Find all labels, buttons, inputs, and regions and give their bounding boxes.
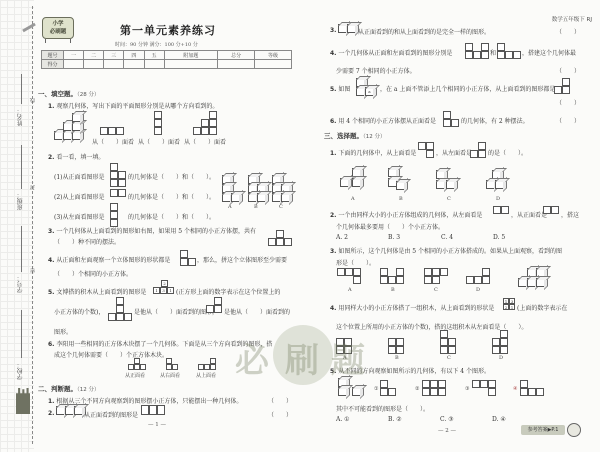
question-text: 从正面和左面观察一个立体图形的形状都是: [56, 257, 170, 264]
class-line: [21, 145, 22, 189]
figure-label: ②: [415, 386, 419, 392]
name-line: [21, 74, 22, 104]
judgement-5: 5. 如图: [330, 84, 350, 93]
choice-4: 4. 用同样大小的小正方体搭了一组积木，从上面看到的形状是: [330, 303, 494, 312]
question-1-5: 5. 文博搭的积木从上面看到的图形是: [48, 287, 146, 296]
question-text: 一个由同样大小的小正方体组成的几何体，从左面看是: [338, 212, 482, 219]
logo-stand: [45, 39, 71, 43]
judgement-4: 4. 一个几何体从正面和左面看到的图形分别是: [330, 48, 452, 57]
question-text-cont: 小正方体的个数)，: [54, 307, 104, 316]
score-cell[interactable]: [104, 60, 124, 69]
score-cell[interactable]: [84, 60, 104, 69]
item-text: (2)从上面看图形是: [54, 194, 105, 201]
question-text-cont: 这个位置上所用的小正方体的个数)，搭的这组积木从左面看是（ ）。: [336, 322, 527, 331]
question-1-6: 6. 李阳用一些相同的正方体木块摆了一个几何体。下面是从三个方向看到的图形，搭: [48, 339, 272, 348]
logo: 小学 必刷题: [42, 17, 74, 39]
question-number: 3.: [48, 228, 54, 235]
answer-paren[interactable]: （ ）: [268, 410, 292, 419]
option-label: D: [476, 287, 480, 293]
answer-reference-badge: 参考答案▶P.1: [521, 425, 565, 435]
school-label: 学校：: [16, 362, 25, 380]
question-text: 如图所示，这个几何体是由 5 个相同的小正方体搭成的。如果从上面观察，看到的图: [338, 248, 562, 255]
question-text: 如图: [338, 86, 350, 93]
question-text: 和: [490, 48, 496, 57]
choice-option-d[interactable]: D. ④: [492, 416, 506, 423]
answer-paren[interactable]: （ ）: [556, 98, 580, 107]
option-label: D: [496, 196, 500, 202]
cut-mark: 线: [29, 98, 36, 103]
option-label: C: [434, 287, 438, 293]
question-1-1: 1. 观察几何体，写出下面的平面图形分别是从哪个方向看到的。: [48, 101, 218, 110]
subject-label: 数学五年级下 RJ: [552, 15, 592, 23]
grid-cell: 3: [160, 287, 167, 294]
score-cell[interactable]: [218, 60, 255, 69]
item-text: (1)从正面看图形是: [54, 174, 105, 181]
grid-cell: 2: [161, 280, 168, 287]
section-title: 一、填空题。: [38, 90, 77, 98]
page-title: 第一单元素养练习: [120, 22, 216, 38]
option-label: B: [254, 204, 258, 210]
score-table-score-row: 得分: [42, 60, 292, 69]
question-text-cont: 的是（ ）。: [488, 148, 527, 157]
figure-label: ④: [513, 386, 517, 392]
c1-option-b-figure: [388, 168, 418, 194]
question-text-cont: ，在 a 上面不管添上几个相同的小正方体，从上面看到的图形都是: [380, 84, 555, 93]
question-text-cont: 的几何体，有 2 种摆法。: [461, 116, 529, 125]
option-label: C: [447, 196, 451, 202]
logo-text-bottom: 必刷题: [43, 28, 73, 36]
cut-line: [32, 6, 33, 444]
question-text: 下面的几何体中，从上面看是: [338, 150, 416, 157]
choice-option-b[interactable]: B. ②: [388, 416, 402, 423]
table-cell: 附加题: [164, 51, 218, 60]
right-page: 数学五年级下 RJ 3. 从正面看到的和从上面看到的是完全一样的图形。 （ ） …: [300, 0, 600, 452]
score-cell[interactable]: [164, 60, 218, 69]
grid-cell: 1: [509, 304, 515, 310]
question-number: 3.: [330, 27, 336, 34]
choice-3: 3. 如图所示，这个几何体是由 5 个相同的小正方体搭成的。如果从上面观察，看到…: [330, 246, 562, 255]
table-cell: 五: [144, 51, 164, 60]
q2-blank-3[interactable]: 的几何体是（ ）和（ ）。: [128, 212, 215, 221]
answer-paren[interactable]: （ ）: [556, 116, 580, 125]
question-number: 4.: [330, 305, 336, 312]
castle-decoration-icon: [16, 388, 30, 414]
question-text: 从不同的方向观察如图所示的几何体，有以下 4 个图形。: [338, 368, 490, 375]
view-label: 从正面看: [125, 372, 145, 379]
question-number: 1.: [48, 103, 54, 110]
question-1-2: 2. 看一看，填一填。: [48, 152, 104, 161]
q2-item-2: (2)从上面看图形是: [54, 192, 105, 201]
question-number: 4.: [330, 50, 336, 57]
score-cell[interactable]: [144, 60, 164, 69]
q6-blank[interactable]: 成这个几何体需要（ ）个正方体木块。: [54, 350, 168, 359]
choice-option-c[interactable]: C. ③: [440, 416, 454, 423]
table-cell: 得分: [42, 60, 64, 69]
choice-option-d[interactable]: D. 5: [493, 234, 505, 241]
grid-cell: 1: [167, 287, 174, 294]
option-c-figure: [272, 175, 296, 203]
score-table-header-row: 题号 一 二 三 四 五 附加题 总分 等级: [42, 51, 292, 60]
question-text: 一个几何体从上面看到的图形如右图，如果用 5 个相同的小正方体摆，共有: [56, 228, 256, 235]
table-cell: 四: [124, 51, 144, 60]
q3-blank[interactable]: （ ）种不同的摆法。: [54, 237, 120, 246]
page-number: — 1 —: [148, 422, 166, 428]
table-cell: 三: [104, 51, 124, 60]
question-number: 5.: [48, 289, 54, 296]
option-label: B: [391, 287, 395, 293]
question-text-cont: 形是（ ）。: [336, 258, 375, 267]
item-text: (3)从左面看图形是: [54, 214, 105, 221]
mascot-icon: [567, 423, 581, 437]
c5-solid-figure: [338, 378, 368, 400]
q4-blank[interactable]: （ ）个相同的小正方体。: [54, 269, 132, 278]
view-label: 从上面看: [196, 372, 216, 379]
judgement-3: 3.: [330, 27, 336, 34]
q2-item-1: (1)从正面看图形是: [54, 172, 105, 181]
question-text-cont: 个几何体最多要用（ ）个小正方体。: [336, 222, 444, 231]
table-cell: 一: [64, 51, 84, 60]
question-text-cont: 少需要 7 个相同的小正方体。: [336, 66, 416, 75]
section-points: （28 分）: [77, 92, 100, 98]
question-text: 从正面看到的和从上面看到的是完全一样的图形。: [358, 27, 490, 36]
choice-2: 2. 一个由同样大小的小正方体组成的几何体，从左面看是: [330, 210, 482, 219]
number-line: [21, 226, 22, 272]
table-cell: 题号: [42, 51, 64, 60]
question-number: 3.: [330, 248, 336, 255]
question-text-cont: 其中不可能看到的图形是（ ）。: [336, 404, 429, 413]
section-3-heading: 三、选择题。（12 分）: [324, 131, 386, 140]
question-text: 李阳用一些相同的正方体木块摆了一个几何体。下面是从三个方向看到的图形，搭: [56, 341, 272, 348]
worksheet-spread: 姓名： 班级： 学号： 学校： 线 封 密 小学 必刷题 第一单元素养练习 时间…: [0, 0, 600, 452]
question-text: 从正面看到的图形是: [84, 410, 138, 419]
stair-cubes-figure: [54, 112, 84, 142]
question-number: 6.: [330, 118, 336, 125]
table-cell: 总分: [218, 51, 255, 60]
question-number: 2.: [48, 410, 54, 417]
question-text-cont: 图形。: [54, 327, 72, 336]
section-points: （12 分）: [77, 387, 100, 393]
question-text: 文博搭的积木从上面看到的图形是: [56, 289, 146, 296]
q1-blank-1[interactable]: 从（ ）面看: [92, 137, 134, 146]
score-table: 题号 一 二 三 四 五 附加题 总分 等级 得分: [41, 50, 292, 69]
question-text-cont: (上面的数字表示在: [517, 303, 567, 312]
question-text: 一个几何体从正面和左面看到的图形分别是: [338, 50, 452, 57]
option-label: B: [395, 355, 399, 361]
number-label: 学号：: [16, 275, 25, 293]
judgement-2: 2.: [48, 410, 54, 417]
name-label: 姓名：: [16, 108, 25, 126]
question-number: 4.: [48, 257, 54, 264]
question-text: 用 4 个相同的小正方体摆从正面看是: [338, 118, 436, 125]
choice-5: 5. 从不同的方向观察如图所示的几何体，有以下 4 个图形。: [330, 366, 490, 375]
section-2-heading: 二、判断题。（12 分）: [38, 384, 100, 393]
question-text-cont: ，那么，拼这个立体图形至少需要: [197, 255, 287, 264]
judgement-6: 6. 用 4 个相同的小正方体摆从正面看是: [330, 116, 436, 125]
choice-option-b[interactable]: B. 3: [388, 234, 400, 241]
figure-label: ①: [374, 386, 378, 392]
answer-paren[interactable]: （ ）: [556, 27, 580, 36]
table-cell: 二: [84, 51, 104, 60]
question-number: 5.: [330, 368, 336, 375]
c1-option-a-figure: [338, 168, 368, 194]
question-number: 6.: [48, 341, 54, 348]
question-number: 5.: [330, 86, 336, 93]
left-page: 姓名： 班级： 学号： 学校： 线 封 密 小学 必刷题 第一单元素养练习 时间…: [0, 0, 300, 452]
grid-cell: 1: [153, 287, 160, 294]
question-number: 1.: [330, 150, 336, 157]
choice-option-a[interactable]: A. 2: [336, 234, 348, 241]
q1-blank-2[interactable]: 从（ ）面看: [138, 137, 180, 146]
choice-1: 1. 下面的几何体中，从上面看是: [330, 148, 416, 157]
c1-option-d-figure: [486, 168, 516, 194]
question-number: 1.: [48, 398, 54, 405]
option-label: A: [348, 287, 352, 293]
page-number: — 2 —: [438, 428, 456, 434]
question-number: 2.: [48, 154, 54, 161]
option-label: C: [279, 204, 283, 210]
section-points: （12 分）: [363, 134, 386, 140]
option-label: C: [447, 355, 451, 361]
question-1-4: 4. 从正面和左面观察一个立体图形的形状都是: [48, 255, 170, 264]
cut-mark: 封: [29, 185, 36, 190]
section-title: 三、选择题。: [324, 132, 363, 140]
view-label: 从右面看: [160, 372, 180, 379]
c1-option-c-figure: [436, 168, 466, 194]
option-label: B: [399, 196, 403, 202]
question-text-cont: ，从正面看是: [511, 210, 547, 219]
q2-blank-2[interactable]: 的几何体是（ ）和（ ）。: [128, 192, 215, 201]
score-cell[interactable]: [124, 60, 144, 69]
q2-blank-1[interactable]: 的几何体是（ ）和（ ）。: [128, 172, 215, 181]
option-label: A: [228, 204, 232, 210]
figure-label: ③: [465, 386, 469, 392]
question-text-cont: ，搭建这个几何体最: [522, 48, 576, 57]
question-text-cont: (正方形上面的数字表示在这个位置上的: [176, 287, 280, 296]
cut-mark: 密: [29, 268, 36, 273]
section-title: 二、判断题。: [38, 385, 77, 393]
logo-text-top: 小学: [43, 20, 73, 28]
question-number: 2.: [330, 212, 336, 219]
question-text: 用同样大小的小正方体搭了一组积木，从上面看到的形状是: [338, 305, 494, 312]
option-label: A: [351, 196, 355, 202]
question-text-cont: ，从左面看是: [436, 148, 472, 157]
choice-option-a[interactable]: A. ①: [336, 416, 350, 423]
class-label: 班级：: [16, 192, 25, 210]
question-1-3: 3. 一个几何体从上面看到的图形如右图，如果用 5 个相同的小正方体摆，共有: [48, 226, 256, 235]
option-label: D: [499, 355, 503, 361]
option-a-figure: [222, 175, 244, 203]
section-1-heading: 一、填空题。（28 分）: [38, 89, 100, 98]
c3-solid-figure: [518, 268, 548, 290]
q1-blank-3[interactable]: 从（ ）面看: [184, 137, 226, 146]
score-cell[interactable]: [255, 60, 292, 69]
q2-item-3: (3)从左面看图形是: [54, 212, 105, 221]
question-text: 看一看，填一填。: [56, 154, 104, 161]
table-cell: 等级: [255, 51, 292, 60]
question-text: 观察几何体，写出下面的平面图形分别是从哪个方向看到的。: [56, 103, 218, 110]
question-text-cont: ，搭这: [561, 210, 579, 219]
school-line: [21, 310, 22, 358]
answer-paren[interactable]: （ ）: [268, 396, 292, 405]
exam-meta: 时间：90 分钟 满分：100 分+10 分: [115, 41, 198, 48]
choice-option-c[interactable]: C. 4: [441, 234, 453, 241]
score-cell[interactable]: [64, 60, 84, 69]
option-label: A: [343, 355, 347, 361]
q5-blank-2[interactable]: 是他从（ ）面看到的: [224, 307, 290, 316]
option-b-figure: [248, 175, 270, 203]
cube-label: a: [365, 87, 374, 96]
answer-paren[interactable]: （ ）: [556, 66, 580, 75]
binding-margin: [0, 0, 34, 452]
